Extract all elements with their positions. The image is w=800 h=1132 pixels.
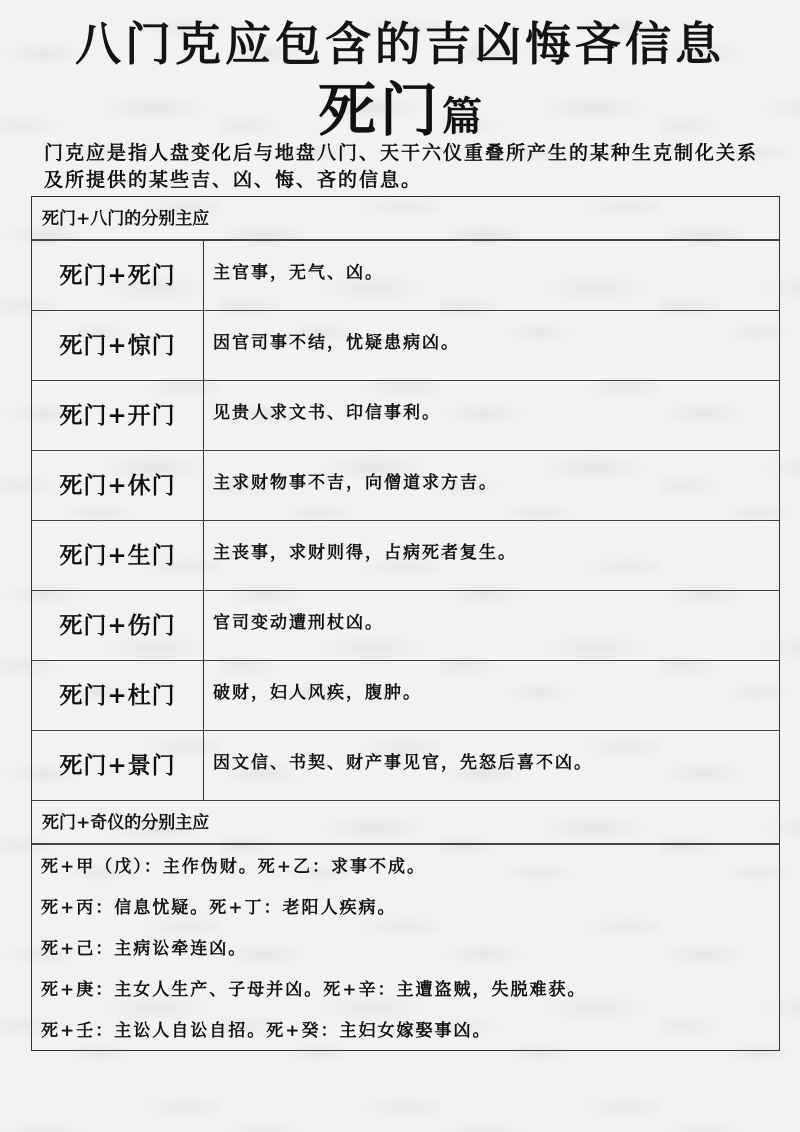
page-title: 八门克应包含的吉凶悔吝信息 [0,14,800,74]
meaning-cell: 因官司事不结，忧疑患病凶。 [204,311,779,380]
combo-cell: 死门+杜门 [32,661,204,730]
meaning-cell: 见贵人求文书、印信事利。 [204,381,779,450]
table-row: 死门+死门 主官事，无气、凶。 [32,241,779,311]
qiyi-list: 死+甲（戊）：主作伪财。死+乙：求事不成。 死+丙：信息忧疑。死+丁：老阳人疾病… [32,845,779,1056]
table-row: 死门+伤门 官司变动遭刑杖凶。 [32,591,779,661]
combo-cell: 死门+死门 [32,241,204,310]
qiyi-line: 死+己：主病讼牵连凶。 [41,933,779,974]
table-row: 死门+休门 主求财物事不吉，向僧道求方吉。 [32,451,779,521]
meaning-cell: 因文信、书契、财产事见官，先怒后喜不凶。 [204,731,779,800]
meaning-cell: 主官事，无气、凶。 [204,241,779,310]
combo-cell: 死门+生门 [32,521,204,590]
combo-cell: 死门+开门 [32,381,204,450]
combo-cell: 死门+休门 [32,451,204,520]
meaning-cell: 主求财物事不吉，向僧道求方吉。 [204,451,779,520]
subtitle-main: 死门 [318,76,442,144]
combo-cell: 死门+景门 [32,731,204,800]
section-header-bamen: 死门+八门的分别主应 [32,197,779,241]
meaning-cell: 官司变动遭刑杖凶。 [204,591,779,660]
table-row: 死门+杜门 破财，妇人风疾，腹肿。 [32,661,779,731]
section-header-qiyi: 死门+奇仪的分别主应 [32,801,779,845]
combo-cell: 死门+惊门 [32,311,204,380]
meaning-cell: 破财，妇人风疾，腹肿。 [204,661,779,730]
table-row: 死门+景门 因文信、书契、财产事见官，先怒后喜不凶。 [32,731,779,801]
subtitle-suffix: 篇 [442,93,482,140]
intro-paragraph: 门克应是指人盘变化后与地盘八门、天干六仪重叠所产生的某种生克制化关系及所提供的某… [44,140,774,194]
qiyi-line: 死+甲（戊）：主作伪财。死+乙：求事不成。 [41,851,779,892]
combo-cell: 死门+伤门 [32,591,204,660]
qiyi-line: 死+丙：信息忧疑。死+丁：老阳人疾病。 [41,892,779,933]
qiyi-line: 死+庚：主女人生产、子母并凶。死+辛：主遭盗贼，失脱难获。 [41,974,779,1015]
table-row: 死门+惊门 因官司事不结，忧疑患病凶。 [32,311,779,381]
table-row: 死门+开门 见贵人求文书、印信事利。 [32,381,779,451]
table-row: 死门+生门 主丧事，求财则得，占病死者复生。 [32,521,779,591]
qiyi-line: 死+壬：主讼人自讼自招。死+癸：主妇女嫁娶事凶。 [41,1015,779,1056]
meaning-cell: 主丧事，求财则得，占病死者复生。 [204,521,779,590]
content-table: 死门+八门的分别主应 死门+死门 主官事，无气、凶。 死门+惊门 因官司事不结，… [31,196,780,1051]
